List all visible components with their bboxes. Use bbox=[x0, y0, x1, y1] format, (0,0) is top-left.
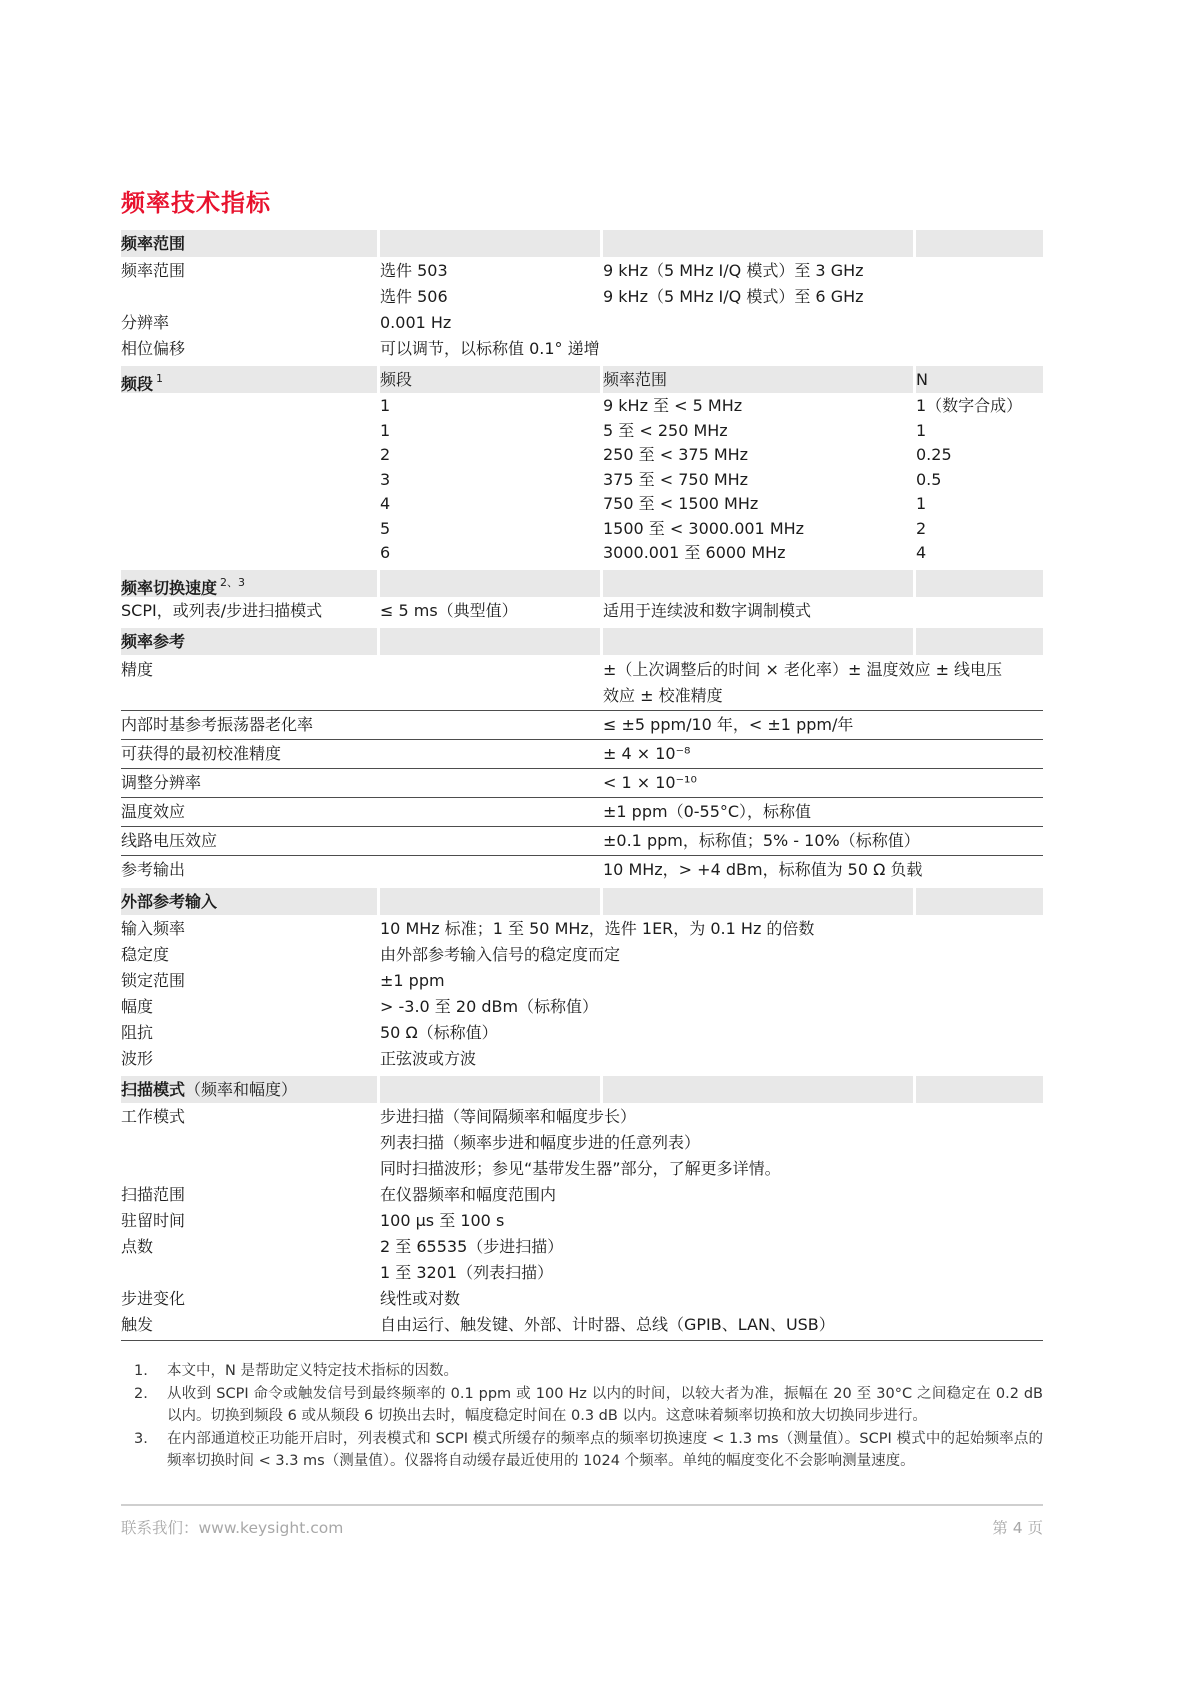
spec-section: 频率切换速度2、3SCPI，或列表/步进扫描模式≤ 5 ms（典型值）适用于连续… bbox=[121, 570, 1043, 627]
footnote-item: 1.本文中，N 是帮助定义特定技术指标的因数。 bbox=[121, 1360, 1043, 1383]
spec-value: 10 MHz 标准；1 至 50 MHz，选件 1ER，为 0.1 Hz 的倍数 bbox=[380, 916, 1043, 942]
spec-row: 频率范围选件 5039 kHz（5 MHz I/Q 模式）至 3 GHz bbox=[121, 258, 1043, 284]
spec-row: 稳定度由外部参考输入信号的稳定度而定 bbox=[121, 942, 1043, 968]
spec-value: ±（上次调整后的时间 × 老化率）± 温度效应 ± 线电压 效应 ± 校准精度 bbox=[603, 657, 1043, 709]
spec-value: 9 kHz（5 MHz I/Q 模式）至 6 GHz bbox=[603, 284, 1043, 310]
spec-value: 2 bbox=[380, 443, 600, 468]
section-column-header bbox=[603, 888, 913, 915]
spec-section: 扫描模式（频率和幅度）工作模式步进扫描（等间隔频率和幅度步长）列表扫描（频率步进… bbox=[121, 1076, 1043, 1344]
section-column-header bbox=[916, 570, 1043, 597]
spec-value: 50 Ω（标称值） bbox=[380, 1020, 1043, 1046]
footnote-text: 本文中，N 是帮助定义特定技术指标的因数。 bbox=[167, 1360, 1043, 1383]
spec-label: 锁定范围 bbox=[121, 968, 377, 994]
spec-value: 6 bbox=[380, 541, 600, 566]
spec-label: 触发 bbox=[121, 1312, 377, 1338]
spec-row: 驻留时间100 μs 至 100 s bbox=[121, 1208, 1043, 1234]
spec-row: 2250 至 < 375 MHz0.25 bbox=[121, 443, 1043, 468]
spec-value: 由外部参考输入信号的稳定度而定 bbox=[380, 942, 1043, 968]
spec-row: 列表扫描（频率步进和幅度步进的任意列表） bbox=[121, 1130, 1043, 1156]
spec-row: 锁定范围±1 ppm bbox=[121, 968, 1043, 994]
footnote-number: 1. bbox=[134, 1360, 167, 1383]
spec-row: 3375 至 < 750 MHz0.5 bbox=[121, 468, 1043, 493]
spec-value: 同时扫描波形；参见“基带发生器”部分，了解更多详情。 bbox=[380, 1156, 1043, 1182]
section-column-header bbox=[603, 1076, 913, 1103]
section-header: 频率切换速度2、3 bbox=[121, 570, 1043, 597]
spec-value: ± 4 × 10⁻⁸ bbox=[603, 741, 1043, 767]
spec-value: 2 bbox=[916, 517, 1043, 542]
spec-value: 0.001 Hz bbox=[380, 310, 1043, 336]
page-content: 频率技术指标 频率范围频率范围选件 5039 kHz（5 MHz I/Q 模式）… bbox=[121, 0, 1043, 1344]
section-rows: 频率范围选件 5039 kHz（5 MHz I/Q 模式）至 3 GHz选件 5… bbox=[121, 257, 1043, 365]
spec-value: 750 至 < 1500 MHz bbox=[603, 492, 913, 517]
section-rows: 工作模式步进扫描（等间隔频率和幅度步长）列表扫描（频率步进和幅度步进的任意列表）… bbox=[121, 1103, 1043, 1344]
spec-row: 调整分辨率< 1 × 10⁻¹⁰ bbox=[121, 768, 1043, 797]
spec-label: 驻留时间 bbox=[121, 1208, 377, 1234]
section-header-title: 频率参考 bbox=[121, 628, 377, 655]
spec-row: 内部时基参考振荡器老化率≤ ±5 ppm/10 年，< ±1 ppm/年 bbox=[121, 710, 1043, 739]
spec-row: 阻抗50 Ω（标称值） bbox=[121, 1020, 1043, 1046]
section-rows: 精度±（上次调整后的时间 × 老化率）± 温度效应 ± 线电压 效应 ± 校准精… bbox=[121, 655, 1043, 887]
spec-value: 1500 至 < 3000.001 MHz bbox=[603, 517, 913, 542]
section-column-header bbox=[380, 570, 600, 597]
section-header: 频段1频段频率范围N bbox=[121, 366, 1043, 393]
spec-label: 线路电压效应 bbox=[121, 828, 600, 854]
spec-row: 触发自由运行、触发键、外部、计时器、总线（GPIB、LAN、USB） bbox=[121, 1312, 1043, 1341]
spec-value: ±1 ppm（0-55°C），标称值 bbox=[603, 799, 1043, 825]
footnote-text: 在内部通道校正功能开启时，列表模式和 SCPI 模式所缓存的频率点的频率切换速度… bbox=[167, 1428, 1043, 1473]
spec-label: 阻抗 bbox=[121, 1020, 377, 1046]
section-header-title: 频率范围 bbox=[121, 230, 377, 257]
section-column-header: 频段 bbox=[380, 366, 600, 393]
spec-label: 频率范围 bbox=[121, 258, 377, 284]
section-column-header bbox=[380, 628, 600, 655]
spec-row: 工作模式步进扫描（等间隔频率和幅度步长） bbox=[121, 1104, 1043, 1130]
spec-row: 相位偏移可以调节，以标称值 0.1° 递增 bbox=[121, 336, 1043, 362]
spec-label: 点数 bbox=[121, 1234, 377, 1260]
spec-label: 精度 bbox=[121, 657, 600, 709]
section-column-header bbox=[380, 230, 600, 257]
spec-label: 温度效应 bbox=[121, 799, 600, 825]
section-column-header bbox=[603, 628, 913, 655]
spec-label: 分辨率 bbox=[121, 310, 377, 336]
section-rows: SCPI，或列表/步进扫描模式≤ 5 ms（典型值）适用于连续波和数字调制模式 bbox=[121, 597, 1043, 627]
spec-value: 4 bbox=[380, 492, 600, 517]
spec-value: 2 至 65535（步进扫描） bbox=[380, 1234, 1043, 1260]
spec-row: 幅度> -3.0 至 20 dBm（标称值） bbox=[121, 994, 1043, 1020]
section-rows: 输入频率10 MHz 标准；1 至 50 MHz，选件 1ER，为 0.1 Hz… bbox=[121, 915, 1043, 1075]
section-header-label: 外部参考输入 bbox=[121, 892, 217, 911]
footer-divider bbox=[121, 1504, 1043, 1506]
spec-value: 正弦波或方波 bbox=[380, 1046, 1043, 1072]
spec-row: 51500 至 < 3000.001 MHz2 bbox=[121, 517, 1043, 542]
spec-row: 精度±（上次调整后的时间 × 老化率）± 温度效应 ± 线电压 效应 ± 校准精… bbox=[121, 656, 1043, 710]
footnotes: 1.本文中，N 是帮助定义特定技术指标的因数。2.从收到 SCPI 命令或触发信… bbox=[121, 1360, 1043, 1473]
spec-label: 可获得的最初校准精度 bbox=[121, 741, 600, 767]
spec-row: 15 至 < 250 MHz1 bbox=[121, 419, 1043, 444]
spec-table: 频率范围频率范围选件 5039 kHz（5 MHz I/Q 模式）至 3 GHz… bbox=[121, 230, 1043, 1344]
section-column-header bbox=[916, 1076, 1043, 1103]
spec-value: ±1 ppm bbox=[380, 968, 1043, 994]
spec-value: 0.5 bbox=[916, 468, 1043, 493]
section-column-header bbox=[916, 628, 1043, 655]
spec-section: 频段1频段频率范围N19 kHz 至 < 5 MHz1（数字合成）15 至 < … bbox=[121, 366, 1043, 569]
spec-value: 1 bbox=[916, 492, 1043, 517]
spec-label: 幅度 bbox=[121, 994, 377, 1020]
spec-row: 1 至 3201（列表扫描） bbox=[121, 1260, 1043, 1286]
spec-value: 375 至 < 750 MHz bbox=[603, 468, 913, 493]
spec-row: 输入频率10 MHz 标准；1 至 50 MHz，选件 1ER，为 0.1 Hz… bbox=[121, 916, 1043, 942]
spec-value: 适用于连续波和数字调制模式 bbox=[603, 598, 1043, 624]
spec-row: 温度效应±1 ppm（0-55°C），标称值 bbox=[121, 797, 1043, 826]
spec-row: 可获得的最初校准精度± 4 × 10⁻⁸ bbox=[121, 739, 1043, 768]
spec-row: 分辨率0.001 Hz bbox=[121, 310, 1043, 336]
spec-value: 1 至 3201（列表扫描） bbox=[380, 1260, 1043, 1286]
spec-value: ≤ ±5 ppm/10 年，< ±1 ppm/年 bbox=[603, 712, 1043, 738]
spec-row: 选件 5069 kHz（5 MHz I/Q 模式）至 6 GHz bbox=[121, 284, 1043, 310]
section-header-suffix: （频率和幅度） bbox=[185, 1080, 297, 1099]
spec-value: 5 bbox=[380, 517, 600, 542]
contact-link[interactable]: 联系我们：www.keysight.com bbox=[121, 1516, 343, 1540]
section-header-title: 扫描模式（频率和幅度） bbox=[121, 1076, 377, 1103]
section-column-header bbox=[603, 570, 913, 597]
footnote-ref: 1 bbox=[156, 372, 163, 385]
section-column-header bbox=[916, 888, 1043, 915]
spec-value: 250 至 < 375 MHz bbox=[603, 443, 913, 468]
section-header-label: 频段 bbox=[121, 374, 153, 393]
spec-value: 4 bbox=[916, 541, 1043, 566]
section-column-header: 频率范围 bbox=[603, 366, 913, 393]
spec-row: 步进变化线性或对数 bbox=[121, 1286, 1043, 1312]
spec-value: 1 bbox=[380, 394, 600, 419]
spec-value: 在仪器频率和幅度范围内 bbox=[380, 1182, 1043, 1208]
spec-row: 同时扫描波形；参见“基带发生器”部分，了解更多详情。 bbox=[121, 1156, 1043, 1182]
spec-row: SCPI，或列表/步进扫描模式≤ 5 ms（典型值）适用于连续波和数字调制模式 bbox=[121, 598, 1043, 624]
spec-value: 线性或对数 bbox=[380, 1286, 1043, 1312]
spec-label: 调整分辨率 bbox=[121, 770, 600, 796]
spec-label: 工作模式 bbox=[121, 1104, 377, 1130]
spec-value: 列表扫描（频率步进和幅度步进的任意列表） bbox=[380, 1130, 1043, 1156]
spec-row: 波形正弦波或方波 bbox=[121, 1046, 1043, 1072]
spec-value: 100 μs 至 100 s bbox=[380, 1208, 1043, 1234]
spec-label: 内部时基参考振荡器老化率 bbox=[121, 712, 600, 738]
page-number: 第 4 页 bbox=[992, 1516, 1043, 1540]
spec-value: 选件 503 bbox=[380, 258, 600, 284]
footnote-item: 3.在内部通道校正功能开启时，列表模式和 SCPI 模式所缓存的频率点的频率切换… bbox=[121, 1428, 1043, 1473]
section-header: 外部参考输入 bbox=[121, 888, 1043, 915]
page-title: 频率技术指标 bbox=[121, 188, 1043, 218]
spec-section: 外部参考输入输入频率10 MHz 标准；1 至 50 MHz，选件 1ER，为 … bbox=[121, 888, 1043, 1075]
spec-value: 选件 506 bbox=[380, 284, 600, 310]
spec-value: 可以调节，以标称值 0.1° 递增 bbox=[380, 336, 1043, 362]
section-column-header bbox=[380, 1076, 600, 1103]
section-column-header bbox=[603, 230, 913, 257]
spec-row: 参考输出10 MHz，> +4 dBm，标称值为 50 Ω 负载 bbox=[121, 855, 1043, 884]
spec-section: 频率范围频率范围选件 5039 kHz（5 MHz I/Q 模式）至 3 GHz… bbox=[121, 230, 1043, 365]
spec-value: 1 bbox=[380, 419, 600, 444]
spec-row: 扫描范围在仪器频率和幅度范围内 bbox=[121, 1182, 1043, 1208]
footer: 联系我们：www.keysight.com 第 4 页 bbox=[121, 1516, 1043, 1540]
spec-value: 步进扫描（等间隔频率和幅度步长） bbox=[380, 1104, 1043, 1130]
spec-value: 1（数字合成） bbox=[916, 394, 1043, 419]
spec-value: 10 MHz，> +4 dBm，标称值为 50 Ω 负载 bbox=[603, 857, 1043, 883]
section-header-label: 频率参考 bbox=[121, 632, 185, 651]
spec-row: 63000.001 至 6000 MHz4 bbox=[121, 541, 1043, 566]
footnote-number: 2. bbox=[134, 1383, 167, 1428]
spec-value: 自由运行、触发键、外部、计时器、总线（GPIB、LAN、USB） bbox=[380, 1312, 1043, 1338]
spec-row: 19 kHz 至 < 5 MHz1（数字合成） bbox=[121, 394, 1043, 419]
section-header-label: 频率范围 bbox=[121, 234, 185, 253]
spec-value: 0.25 bbox=[916, 443, 1043, 468]
section-column-header: N bbox=[916, 366, 1043, 393]
spec-value: 9 kHz 至 < 5 MHz bbox=[603, 394, 913, 419]
footnote-number: 3. bbox=[134, 1428, 167, 1473]
section-column-header bbox=[380, 888, 600, 915]
spec-section: 频率参考精度±（上次调整后的时间 × 老化率）± 温度效应 ± 线电压 效应 ±… bbox=[121, 628, 1043, 887]
spec-value: 3000.001 至 6000 MHz bbox=[603, 541, 913, 566]
spec-label: 参考输出 bbox=[121, 857, 600, 883]
section-header: 频率范围 bbox=[121, 230, 1043, 257]
spec-label: SCPI，或列表/步进扫描模式 bbox=[121, 598, 377, 624]
section-header-title: 频率切换速度2、3 bbox=[121, 570, 377, 597]
spec-value: 3 bbox=[380, 468, 600, 493]
section-header-title: 外部参考输入 bbox=[121, 888, 377, 915]
spec-label: 输入频率 bbox=[121, 916, 377, 942]
footnote-ref: 2、3 bbox=[220, 576, 245, 589]
footnote-item: 2.从收到 SCPI 命令或触发信号到最终频率的 0.1 ppm 或 100 H… bbox=[121, 1383, 1043, 1428]
section-header-title: 频段1 bbox=[121, 366, 377, 393]
section-column-header bbox=[916, 230, 1043, 257]
spec-label: 扫描范围 bbox=[121, 1182, 377, 1208]
section-rows: 19 kHz 至 < 5 MHz1（数字合成）15 至 < 250 MHz122… bbox=[121, 393, 1043, 569]
spec-label: 相位偏移 bbox=[121, 336, 377, 362]
spec-value: < 1 × 10⁻¹⁰ bbox=[603, 770, 1043, 796]
spec-value: ±0.1 ppm，标称值；5% - 10%（标称值） bbox=[603, 828, 1043, 854]
spec-value: ≤ 5 ms（典型值） bbox=[380, 598, 600, 624]
spec-value: 5 至 < 250 MHz bbox=[603, 419, 913, 444]
section-header: 频率参考 bbox=[121, 628, 1043, 655]
spec-value: 9 kHz（5 MHz I/Q 模式）至 3 GHz bbox=[603, 258, 1043, 284]
spec-row: 线路电压效应±0.1 ppm，标称值；5% - 10%（标称值） bbox=[121, 826, 1043, 855]
footnote-text: 从收到 SCPI 命令或触发信号到最终频率的 0.1 ppm 或 100 Hz … bbox=[167, 1383, 1043, 1428]
spec-label: 稳定度 bbox=[121, 942, 377, 968]
spec-value: 1 bbox=[916, 419, 1043, 444]
spec-row: 点数2 至 65535（步进扫描） bbox=[121, 1234, 1043, 1260]
spec-value: > -3.0 至 20 dBm（标称值） bbox=[380, 994, 1043, 1020]
section-header-label: 扫描模式 bbox=[121, 1080, 185, 1099]
spec-row: 4750 至 < 1500 MHz1 bbox=[121, 492, 1043, 517]
spec-label: 步进变化 bbox=[121, 1286, 377, 1312]
spec-label: 波形 bbox=[121, 1046, 377, 1072]
section-header-label: 频率切换速度 bbox=[121, 578, 217, 597]
section-header: 扫描模式（频率和幅度） bbox=[121, 1076, 1043, 1103]
